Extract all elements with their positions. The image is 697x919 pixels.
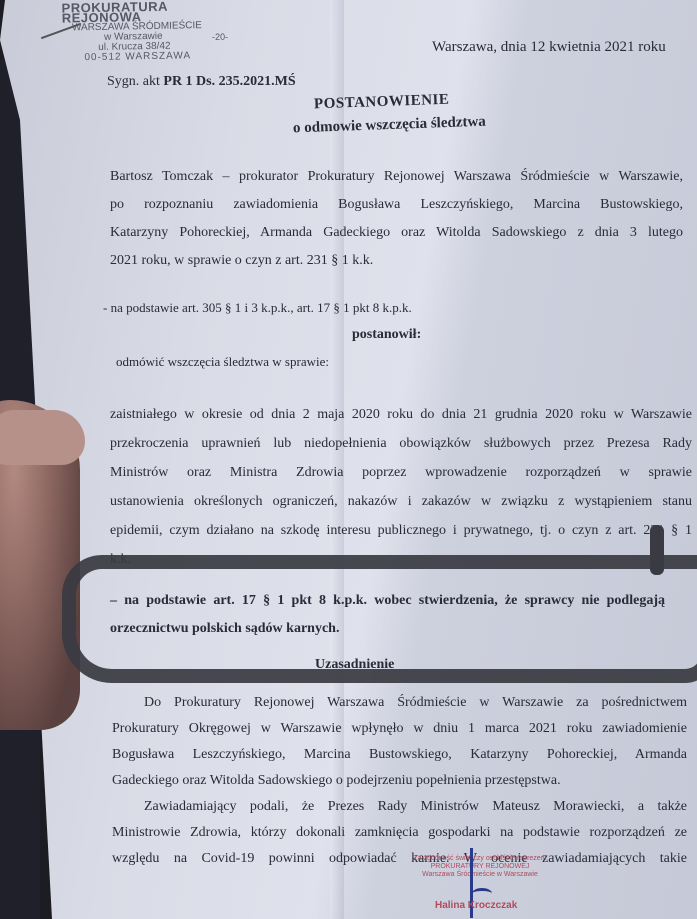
legal-basis: - na podstawie art. 305 § 1 i 3 k.p.k., …: [103, 300, 412, 316]
text-line: ustanowienia określonych ograniczeń, nak…: [110, 487, 692, 516]
text-line: orzecznictwu polskich sądów karnych.: [110, 615, 665, 643]
text-line: epidemii, czym działano na szkodę intere…: [110, 516, 692, 545]
text-line: Katarzyny Pohoreckiej, Armanda Gadeckieg…: [110, 219, 683, 247]
case-description: zaistniałego w okresie od dnia 2 maja 20…: [110, 400, 692, 574]
certifier-name: Halina Kroczczak: [435, 900, 517, 911]
text-line: Gadeckiego oraz Witolda Sadowskiego o po…: [112, 768, 687, 794]
stamp-line: Za zgodność świadczy osobiście reprezent: [400, 855, 560, 863]
case-reference: Sygn. akt PR 1 Ds. 235.2021.MŚ: [107, 74, 296, 90]
case-reference-label: Sygn. akt: [107, 74, 163, 89]
text-line: Ministrów oraz Ministra Zdrowia poprzez …: [110, 458, 692, 487]
text-line: – na podstawie art. 17 § 1 pkt 8 k.p.k. …: [110, 587, 665, 615]
decision-heading: postanowił:: [352, 327, 421, 343]
case-number: PR 1 Ds. 235.2021.MŚ: [163, 74, 295, 89]
stamp-year-mark: -20-: [212, 32, 228, 42]
highlighted-legal-basis: – na podstawie art. 17 § 1 pkt 8 k.p.k. …: [110, 587, 665, 643]
document-date: Warszawa, dnia 12 kwietnia 2021 roku: [432, 39, 666, 56]
intro-paragraph: Bartosz Tomczak – prokurator Prokuratury…: [110, 163, 683, 275]
justification-body: Do Prokuratury Rejonowej Warszawa Śródmi…: [112, 690, 687, 872]
marker-stroke: [650, 525, 664, 575]
text-line: Prokuratury Okręgowej w Warszawie wpłynę…: [112, 716, 687, 742]
text-line: Bartosz Tomczak – prokurator Prokuratury…: [110, 163, 683, 191]
handwritten-signature-stroke: [472, 888, 492, 899]
stamp-line: PROKURATURY REJONOWEJ: [400, 863, 560, 871]
decision-intro: odmówić wszczęcia śledztwa w sprawie:: [116, 354, 329, 370]
certification-stamp: Za zgodność świadczy osobiście reprezent…: [400, 855, 560, 879]
text-line: zaistniałego w okresie od dnia 2 maja 20…: [110, 400, 692, 429]
text-line: przekroczenia uprawnień lub niedopełnien…: [110, 429, 692, 458]
office-stamp: PROKURATURA REJONOWA WARSZAWA ŚRÓDMIEŚCI…: [61, 0, 242, 63]
text-line: Ministrowie Zdrowia, którzy dokonali zam…: [112, 820, 687, 846]
text-line: po rozpoznaniu zawiadomienia Bogusława L…: [110, 191, 683, 219]
justification-heading: Uzasadnienie: [315, 657, 394, 673]
text-line: Zawiadamiający podali, że Prezes Rady Mi…: [112, 794, 687, 820]
text-line: Do Prokuratury Rejonowej Warszawa Śródmi…: [112, 690, 687, 716]
text-line: 2021 roku, w sprawie o czyn z art. 231 §…: [110, 247, 683, 275]
text-line: Bogusława Leszczyńskiego, Marcina Bustow…: [112, 742, 687, 768]
stamp-line: Warszawa Śródmieście w Warszawie: [400, 871, 560, 879]
thumb: [0, 410, 85, 465]
